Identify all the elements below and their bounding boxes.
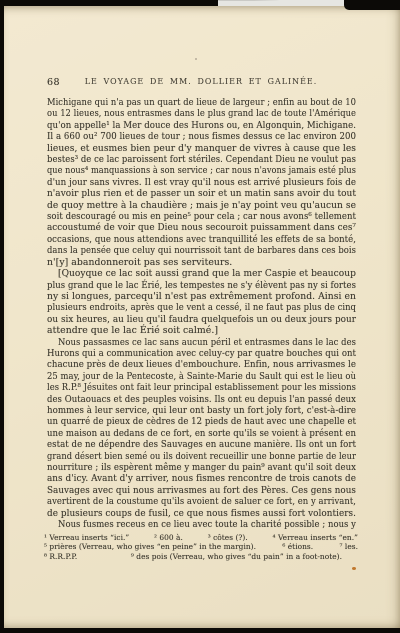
text-line: avertirent de la coustume qu'ils avoient… <box>47 496 356 507</box>
footnote-item: ⁴ Verreau inserts “en.” <box>273 533 358 542</box>
footnotes: ¹ Verreau inserts “ici.”² 600 à.³ côtes … <box>44 533 358 561</box>
footnote-line: ¹ Verreau inserts “ici.”² 600 à.³ côtes … <box>44 533 358 542</box>
text-line: nourriture ; ils espèrent même y manger … <box>47 462 356 473</box>
text-line: que nous⁴ manquassions à son service ; c… <box>47 165 356 176</box>
page-header: 68 LE VOYAGE DE MM. DOLLIER ET GALINÉE. <box>47 77 355 89</box>
text-line: Nous fusmes receus en ce lieu avec toute… <box>47 519 356 530</box>
text-line: un quarré de pieux de cèdres de 12 pieds… <box>47 416 356 427</box>
text-line: accoustumé de voir que Dieu nous secouro… <box>47 222 356 233</box>
scan-background: 68 LE VOYAGE DE MM. DOLLIER ET GALINÉE. … <box>0 0 400 633</box>
text-line: d'un jour sans vivres. Il est vray qu'il… <box>47 177 356 188</box>
page-stack-edge <box>4 6 14 628</box>
text-line: ou six heures, au lieu qu'il faudra quel… <box>47 314 356 325</box>
footnote-item: ⁸ R.R.P.P. <box>44 552 77 561</box>
footnote-line: ⁵ prières (Verreau, who gives “en peine”… <box>44 542 358 551</box>
footnote-item: ⁷ les. <box>340 542 359 551</box>
text-line: ny si longues, parcequ'il n'est pas extr… <box>47 291 356 302</box>
book-page: 68 LE VOYAGE DE MM. DOLLIER ET GALINÉE. … <box>4 6 400 628</box>
text-line: grand désert bien semé ou ils doivent re… <box>47 451 356 462</box>
footnote-item: ⁹ des pois (Verreau, who gives “du pain”… <box>131 552 342 561</box>
text-line: dans la pensée que celuy qui nourrissoit… <box>47 245 356 256</box>
paper-speck <box>195 58 197 60</box>
text-line: des Outaouacs et des peuples voisins. Il… <box>47 394 356 405</box>
text-line: plusieurs endroits, après que le vent a … <box>47 302 356 313</box>
text-line: attendre que le lac Érié soit calmé.] <box>47 325 356 336</box>
text-line: Michigane qui n'a pas un quart de lieue … <box>47 97 356 108</box>
text-line: occasions, que nous attendions avec tran… <box>47 234 356 245</box>
text-line: hommes à leur service, qui leur ont bast… <box>47 405 356 416</box>
text-line: estat de ne dépendre des Sauvages en auc… <box>47 439 356 450</box>
top-right-shadow <box>344 0 400 10</box>
body-text: Michigane qui n'a pas un quart de lieue … <box>47 97 356 530</box>
text-line: de plusieurs coups de fusil, ce que nous… <box>47 508 356 519</box>
text-line: bestes³ de ce lac paroissent fort stéril… <box>47 154 356 165</box>
text-line: Nous passasmes ce lac sans aucun péril e… <box>47 337 356 348</box>
footnote-line: ⁸ R.R.P.P.⁹ des pois (Verreau, who gives… <box>44 552 358 561</box>
ink-dot <box>352 567 356 570</box>
text-line: plus grand que le lac Érié, les tempeste… <box>47 280 356 291</box>
text-line: n'avoir plus rien et de passer un soir e… <box>47 188 356 199</box>
text-line: chacune près de deux lieues d'embouchure… <box>47 359 356 370</box>
text-line: [Quoyque ce lac soit aussi grand que la … <box>47 268 356 279</box>
text-line: une maison au dedans de ce fort, en sort… <box>47 428 356 439</box>
footnote-item: ³ côtes (?). <box>208 533 248 542</box>
text-line: ou 12 lieues, nous entrasmes dans le plu… <box>47 108 356 119</box>
text-line: n'[y] abandonneroit pas ses serviteurs. <box>47 257 356 268</box>
text-line: lieues, et eusmes bien peur d'y manquer … <box>47 143 356 154</box>
page-number: 68 <box>47 77 60 88</box>
text-line: ans d'icy. Avant d'y arriver, nous fisme… <box>47 473 356 484</box>
text-line: les R.P.⁸ Jésuites ont fait leur princip… <box>47 382 356 393</box>
text-line: Sauvages avec qui nous arrivasmes au for… <box>47 485 356 496</box>
running-title: LE VOYAGE DE MM. DOLLIER ET GALINÉE. <box>47 77 355 86</box>
text-line: 25 may, jour de la Pentecoste, à Sainte-… <box>47 371 356 382</box>
text-line: qu'on appelle¹ la Mer douce des Hurons o… <box>47 120 356 131</box>
text-line: Il a 660 ou² 700 lieues de tour ; nous f… <box>47 131 356 142</box>
footnote-item: ⁶ étions. <box>282 542 313 551</box>
text-line: de quoy mettre à la chaudière ; mais je … <box>47 200 356 211</box>
footnote-item: ¹ Verreau inserts “ici.” <box>44 533 129 542</box>
footnote-item: ⁵ prières (Verreau, who gives “en peine”… <box>44 542 256 551</box>
footnote-item: ² 600 à. <box>154 533 183 542</box>
text-line: soit descouragé ou mis en peine⁵ pour ce… <box>47 211 356 222</box>
text-line: Hurons qui a communication avec celuy-cy… <box>47 348 356 359</box>
